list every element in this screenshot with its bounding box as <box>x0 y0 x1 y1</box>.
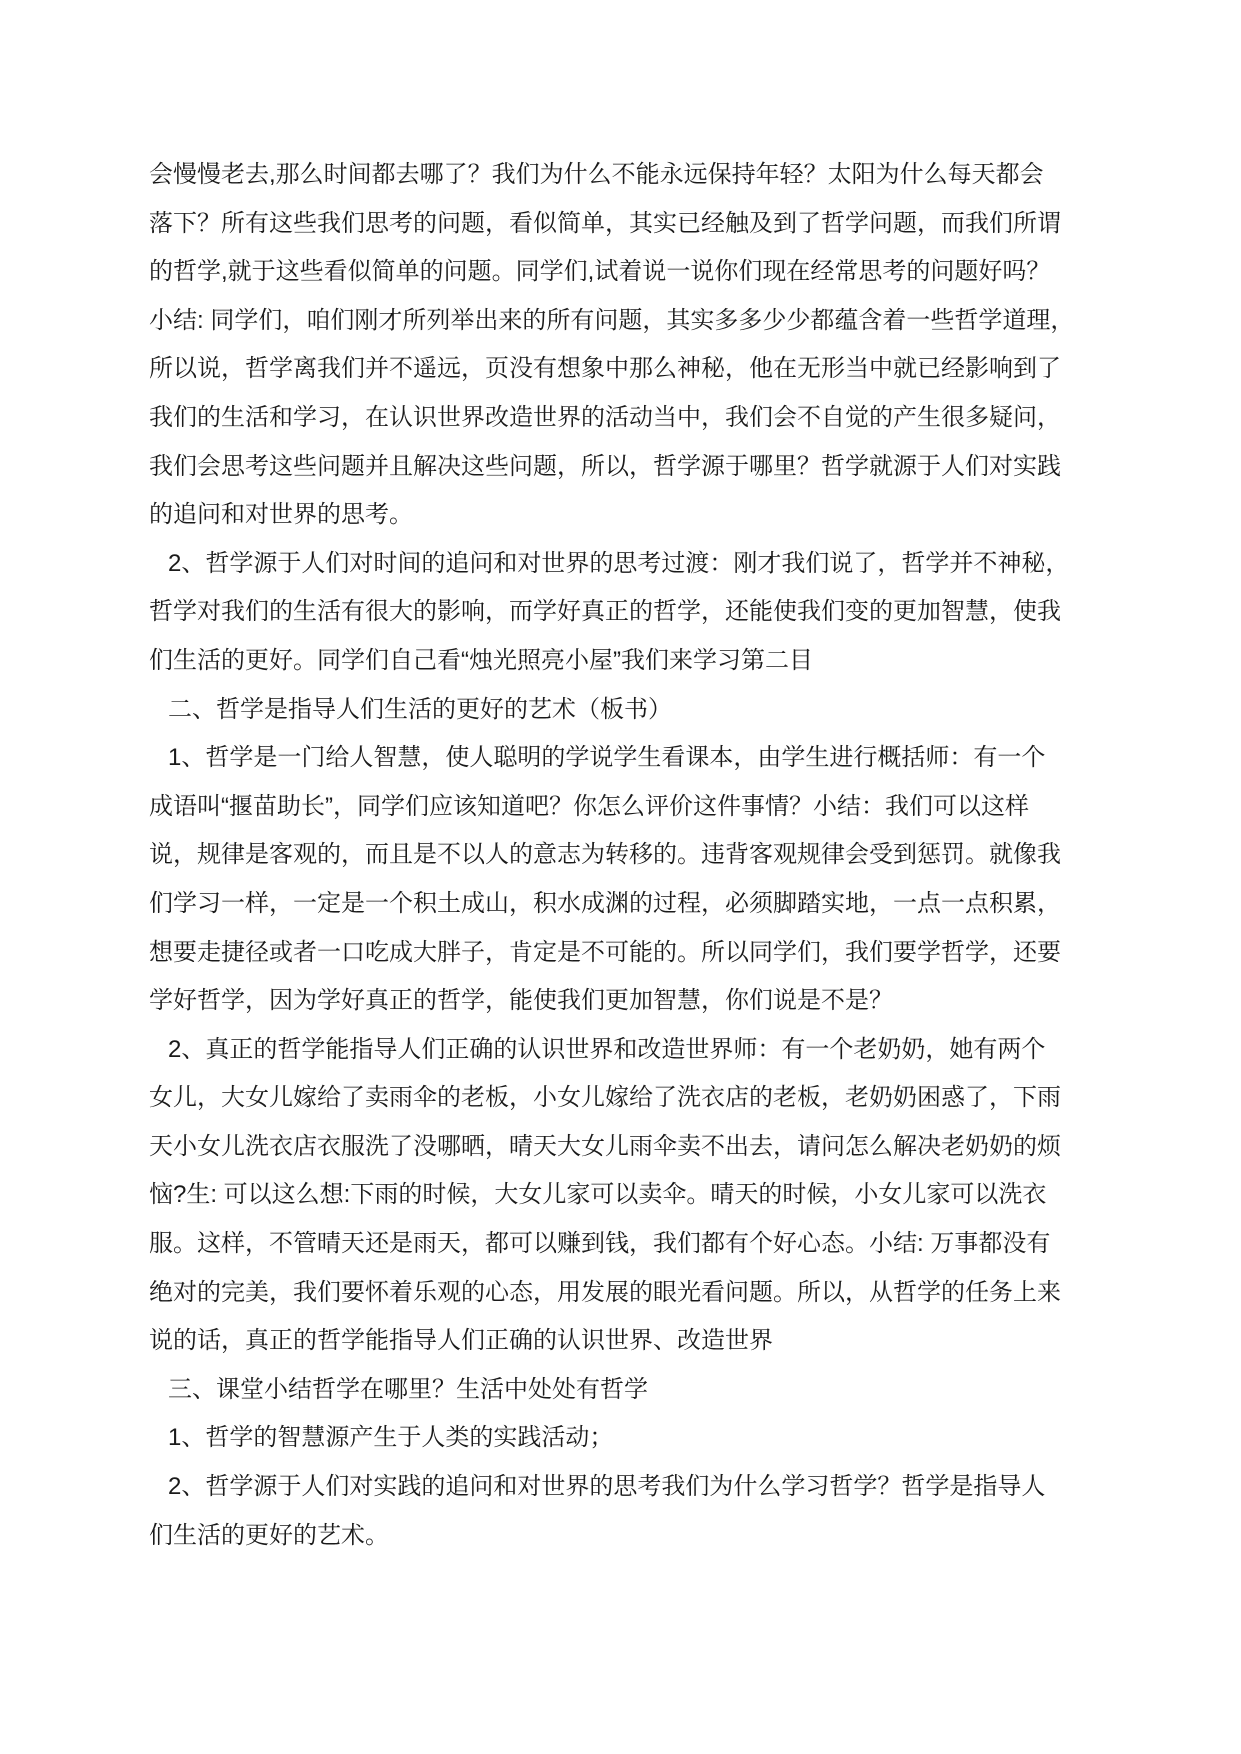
text-line: 成语叫“揠苗助长”，同学们应该知道吧？你怎么评价这件事情？小结：我们可以这样 <box>149 783 1139 832</box>
text-line: 会慢慢老去,那么时间都去哪了？我们为什么不能永远保持年轻？太阳为什么每天都会 <box>149 151 1139 200</box>
text-line: 所以说，哲学离我们并不遥远，页没有想象中那么神秘，他在无形当中就已经影响到了 <box>149 345 1139 394</box>
text-line: 们生活的更好。同学们自己看“烛光照亮小屋”我们来学习第二目 <box>149 637 1139 686</box>
text-line: 三、课堂小结哲学在哪里？生活中处处有哲学 <box>149 1366 1139 1415</box>
text-line: 的追问和对世界的思考。 <box>149 491 1139 540</box>
text-line: 2、哲学源于人们对时间的追问和对世界的思考过渡：刚才我们说了，哲学并不神秘， <box>149 540 1139 589</box>
text-line: 二、哲学是指导人们生活的更好的艺术（板书） <box>149 686 1139 735</box>
text-line: 1、哲学是一门给人智慧，使人聪明的学说学生看课本，由学生进行概括师：有一个 <box>149 734 1139 783</box>
text-line: 想要走捷径或者一口吃成大胖子，肯定是不可能的。所以同学们，我们要学哲学，还要 <box>149 929 1139 978</box>
text-line: 绝对的完美，我们要怀着乐观的心态，用发展的眼光看问题。所以，从哲学的任务上来 <box>149 1269 1139 1318</box>
text-line: 我们的生活和学习，在认识世界改造世界的活动当中，我们会不自觉的产生很多疑问， <box>149 394 1139 443</box>
text-line: 2、真正的哲学能指导人们正确的认识世界和改造世界师：有一个老奶奶，她有两个 <box>149 1026 1139 1075</box>
document-text-body: 会慢慢老去,那么时间都去哪了？我们为什么不能永远保持年轻？太阳为什么每天都会落下… <box>149 151 1139 1560</box>
text-line: 说，规律是客观的，而且是不以人的意志为转移的。违背客观规律会受到惩罚。就像我 <box>149 831 1139 880</box>
text-line: 落下？所有这些我们思考的问题，看似简单，其实已经触及到了哲学问题，而我们所谓 <box>149 200 1139 249</box>
text-line: 哲学对我们的生活有很大的影响，而学好真正的哲学，还能使我们变的更加智慧，使我 <box>149 588 1139 637</box>
text-line: 学好哲学，因为学好真正的哲学，能使我们更加智慧，你们说是不是？ <box>149 977 1139 1026</box>
text-line: 我们会思考这些问题并且解决这些问题，所以，哲学源于哪里？哲学就源于人们对实践 <box>149 443 1139 492</box>
text-line: 服。这样，不管晴天还是雨天，都可以赚到钱，我们都有个好心态。小结: 万事都没有 <box>149 1220 1139 1269</box>
text-line: 的哲学,就于这些看似简单的问题。同学们,试着说一说你们现在经常思考的问题好吗？ <box>149 248 1139 297</box>
text-line: 小结: 同学们，咱们刚才所列举出来的所有问题，其实多多少少都蕴含着一些哲学道理， <box>149 297 1139 346</box>
text-line: 们学习一样，一定是一个积土成山，积水成渊的过程，必须脚踏实地，一点一点积累， <box>149 880 1139 929</box>
text-line: 2、哲学源于人们对实践的追问和对世界的思考我们为什么学习哲学？哲学是指导人 <box>149 1463 1139 1512</box>
text-line: 天小女儿洗衣店衣服洗了没哪晒，晴天大女儿雨伞卖不出去，请问怎么解决老奶奶的烦 <box>149 1123 1139 1172</box>
text-line: 恼?生: 可以这么想:下雨的时候，大女儿家可以卖伞。晴天的时候，小女儿家可以洗衣 <box>149 1171 1139 1220</box>
text-line: 1、哲学的智慧源产生于人类的实践活动； <box>149 1414 1139 1463</box>
text-line: 说的话，真正的哲学能指导人们正确的认识世界、改造世界 <box>149 1317 1139 1366</box>
text-line: 们生活的更好的艺术。 <box>149 1512 1139 1561</box>
text-line: 女儿，大女儿嫁给了卖雨伞的老板，小女儿嫁给了洗衣店的老板，老奶奶困惑了，下雨 <box>149 1074 1139 1123</box>
document-page: 会慢慢老去,那么时间都去哪了？我们为什么不能永远保持年轻？太阳为什么每天都会落下… <box>0 0 1241 1754</box>
